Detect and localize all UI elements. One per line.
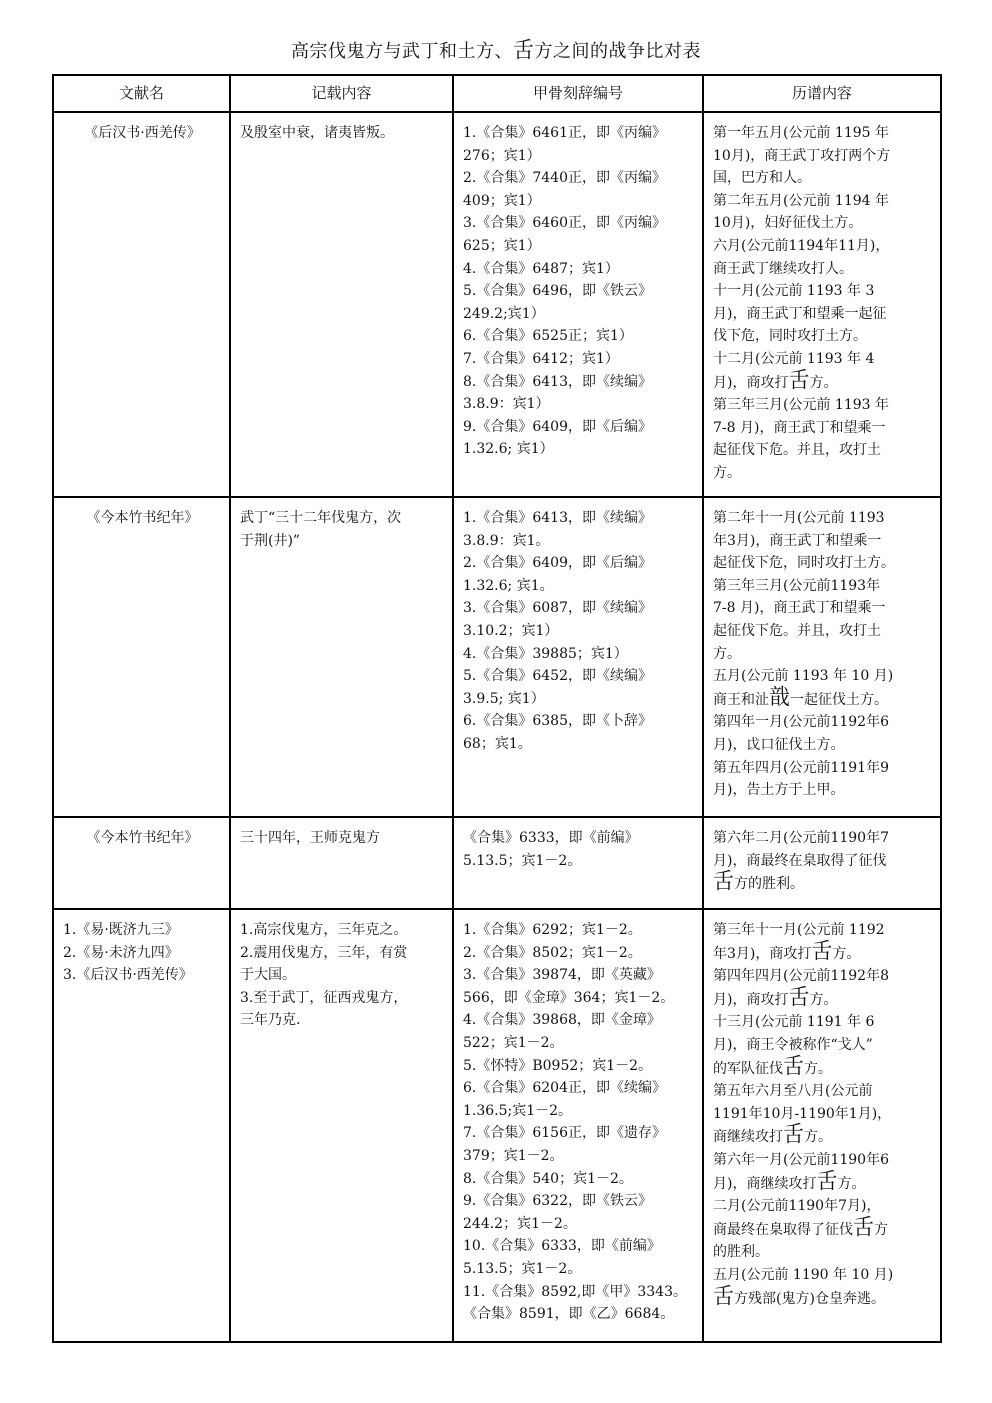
text-line: 2.震用伐鬼方，三年，有赏 bbox=[240, 942, 445, 965]
text-line: 月)，商攻打舌方。 bbox=[713, 988, 933, 1012]
table-row: 1.《易·既济九三》2.《易·未济九四》3.《后汉书·西羌传》1.高宗伐鬼方，三… bbox=[53, 909, 941, 1342]
comparison-table: 文献名 记载内容 甲骨刻辞编号 历谱内容 《后汉书·西羌传》及殷室中衰，诸夷皆叛… bbox=[52, 74, 942, 1343]
text-line: 5.13.5；宾1－2。 bbox=[463, 1258, 695, 1281]
rare-glyph-icon: 舌 bbox=[713, 872, 734, 891]
text-line: 第四年四月(公元前1192年8 bbox=[713, 965, 933, 988]
text-line: 1.高宗伐鬼方，三年克之。 bbox=[240, 919, 445, 942]
text-line: 第四年一月(公元前1192年6 bbox=[713, 711, 933, 734]
text-line: 伐下危，同时攻打土方。 bbox=[713, 325, 933, 348]
text-line: 六月(公元前1194年11月)， bbox=[713, 235, 933, 258]
text-line: 9.《合集》6322，即《铁云》 bbox=[463, 1190, 695, 1213]
text-line: 2.《合集》8502；宾1－2。 bbox=[463, 942, 695, 965]
text-line: 522；宾1－2。 bbox=[463, 1032, 695, 1055]
text-line: 2.《易·未济九四》 bbox=[63, 942, 222, 965]
text-line: 十二月(公元前 1193 年 4 bbox=[713, 348, 933, 371]
text-line: 8.《合集》6413，即《续编》 bbox=[463, 371, 695, 394]
page-title: 高宗伐鬼方与武丁和土方、舌方之间的战争比对表 bbox=[0, 37, 992, 63]
text-line: 及殷室中衰，诸夷皆叛。 bbox=[240, 122, 445, 145]
cell-record: 1.高宗伐鬼方，三年克之。2.震用伐鬼方，三年，有赏于大国。3.至于武丁，征西戎… bbox=[230, 909, 453, 1342]
text-line: 1.32.6; 宾1） bbox=[463, 438, 695, 461]
cell-record: 及殷室中衰，诸夷皆叛。 bbox=[230, 112, 453, 497]
text-line: 1.《易·既济九三》 bbox=[63, 919, 222, 942]
header-source: 文献名 bbox=[53, 75, 230, 112]
text-line: 商王和沚戠一起征伐土方。 bbox=[713, 688, 933, 712]
text-line: 4.《合集》39885；宾1） bbox=[463, 643, 695, 666]
text-line: 《今本竹书纪年》 bbox=[63, 827, 222, 850]
header-record: 记载内容 bbox=[230, 75, 453, 112]
table-row: 《今本竹书纪年》武丁“三十二年伐鬼方，次于荆(井)”1.《合集》6413，即《续… bbox=[53, 497, 941, 817]
text-line: 5.《合集》6452，即《续编》 bbox=[463, 665, 695, 688]
text-line: 276；宾1） bbox=[463, 145, 695, 168]
text-line: 于荆(井)” bbox=[240, 530, 445, 553]
text-line: 月)，商最终在臬取得了征伐 bbox=[713, 850, 933, 873]
text-line: 五月(公元前 1190 年 10 月) bbox=[713, 1264, 933, 1287]
text-line: 5.《合集》6496，即《铁云》 bbox=[463, 280, 695, 303]
text-line: 2.《合集》6409，即《后编》 bbox=[463, 552, 695, 575]
text-line: 月)，商攻打舌方。 bbox=[713, 371, 933, 395]
text-line: 第二年十一月(公元前 1193 bbox=[713, 507, 933, 530]
cell-calendar: 第一年五月(公元前 1195 年10月)，商王武丁攻打两个方国，巴方和人。第二年… bbox=[703, 112, 941, 497]
text-line: 4.《合集》39868，即《金璋》 bbox=[463, 1009, 695, 1032]
text-line: 5.13.5；宾1－2。 bbox=[463, 850, 695, 873]
text-line: 409；宾1） bbox=[463, 190, 695, 213]
text-line: 年3月)，商攻打舌方。 bbox=[713, 942, 933, 966]
table-row: 《今本竹书纪年》三十四年，王师克鬼方《合集》6333，即《前编》5.13.5；宾… bbox=[53, 817, 941, 909]
text-line: 月)，商王令被称作“戈人” bbox=[713, 1034, 933, 1057]
text-line: 3.《合集》6087，即《续编》 bbox=[463, 597, 695, 620]
text-line: 244.2；宾1－2。 bbox=[463, 1213, 695, 1236]
cell-oracle-numbers: 1.《合集》6292；宾1－2。2.《合集》8502；宾1－2。3.《合集》39… bbox=[453, 909, 703, 1342]
text-line: 第五年六月至八月(公元前 bbox=[713, 1080, 933, 1103]
text-line: 第三年三月(公元前 1193 年 bbox=[713, 394, 933, 417]
text-line: 月)，戉口征伐土方。 bbox=[713, 734, 933, 757]
text-line: 国，巴方和人。 bbox=[713, 167, 933, 190]
rare-glyph-icon: 舌 bbox=[713, 1286, 734, 1305]
rare-glyph-icon: 舌 bbox=[513, 41, 535, 60]
text-line: 3.《合集》39874，即《英藏》 bbox=[463, 964, 695, 987]
cell-oracle-numbers: 1.《合集》6413，即《续编》3.8.9：宾1。2.《合集》6409，即《后编… bbox=[453, 497, 703, 817]
text-line: 起征伐下危。并且，攻打土 bbox=[713, 439, 933, 462]
text-line: 566，即《金璋》364；宾1－2。 bbox=[463, 987, 695, 1010]
text-line: 《合集》6333，即《前编》 bbox=[463, 827, 695, 850]
text-line: 6.《合集》6525正；宾1） bbox=[463, 325, 695, 348]
text-line: 的军队征伐舌方。 bbox=[713, 1057, 933, 1081]
text-line: 起征伐下危。并且，攻打土 bbox=[713, 620, 933, 643]
text-line: 3.至于武丁，征西戎鬼方， bbox=[240, 987, 445, 1010]
text-line: 第五年四月(公元前1191年9 bbox=[713, 757, 933, 780]
text-line: 3.10.2；宾1） bbox=[463, 620, 695, 643]
text-line: 月)，商王武丁和望乘一起征 bbox=[713, 303, 933, 326]
rare-glyph-icon: 舌 bbox=[783, 1056, 804, 1075]
cell-source: 1.《易·既济九三》2.《易·未济九四》3.《后汉书·西羌传》 bbox=[53, 909, 230, 1342]
text-line: 1.32.6; 宾1。 bbox=[463, 575, 695, 598]
text-line: 五月(公元前 1193 年 10 月) bbox=[713, 665, 933, 688]
text-line: 625；宾1） bbox=[463, 235, 695, 258]
text-line: 商王武丁继续攻打人。 bbox=[713, 258, 933, 281]
text-line: 7-8 月)，商王武丁和望乘一 bbox=[713, 597, 933, 620]
rare-glyph-icon: 舌 bbox=[788, 370, 809, 389]
text-line: 7.《合集》6156正，即《遗存》 bbox=[463, 1122, 695, 1145]
text-line: 5.《怀特》B0952；宾1－2。 bbox=[463, 1055, 695, 1078]
text-line: 方。 bbox=[713, 643, 933, 666]
cell-source: 《今本竹书纪年》 bbox=[53, 817, 230, 909]
text-line: 三年乃克. bbox=[240, 1009, 445, 1032]
text-line: 舌方残部(鬼方)仓皇奔逃。 bbox=[713, 1287, 933, 1311]
header-oracle-numbers: 甲骨刻辞编号 bbox=[453, 75, 703, 112]
text-line: 7-8 月)，商王武丁和望乘一 bbox=[713, 417, 933, 440]
text-line: 第一年五月(公元前 1195 年 bbox=[713, 122, 933, 145]
text-line: 商继续攻打舌方。 bbox=[713, 1125, 933, 1149]
text-line: 4.《合集》6487；宾1） bbox=[463, 258, 695, 281]
text-line: 十一月(公元前 1193 年 3 bbox=[713, 280, 933, 303]
cell-oracle-numbers: 《合集》6333，即《前编》5.13.5；宾1－2。 bbox=[453, 817, 703, 909]
rare-glyph-icon: 舌 bbox=[811, 941, 832, 960]
text-line: 《合集》8591，即《乙》6684。 bbox=[463, 1303, 695, 1326]
text-line: 249.2;宾1） bbox=[463, 303, 695, 326]
text-line: 68；宾1。 bbox=[463, 733, 695, 756]
text-line: 11.《合集》8592,即《甲》3343。 bbox=[463, 1281, 695, 1304]
text-line: 第三年三月(公元前1193年 bbox=[713, 575, 933, 598]
rare-glyph-icon: 戠 bbox=[769, 687, 790, 706]
text-line: 年3月)，商王武丁和望乘一 bbox=[713, 530, 933, 553]
text-line: 10月)，妇好征伐土方。 bbox=[713, 212, 933, 235]
text-line: 于大国。 bbox=[240, 964, 445, 987]
text-line: 商最终在臬取得了征伐舌方 bbox=[713, 1218, 933, 1242]
text-line: 3.《后汉书·西羌传》 bbox=[63, 964, 222, 987]
text-line: 月)，告土方于上甲。 bbox=[713, 779, 933, 802]
text-line: 10.《合集》6333，即《前编》 bbox=[463, 1235, 695, 1258]
text-line: 《后汉书·西羌传》 bbox=[63, 122, 222, 145]
table-header-row: 文献名 记载内容 甲骨刻辞编号 历谱内容 bbox=[53, 75, 941, 112]
text-line: 7.《合集》6412；宾1） bbox=[463, 348, 695, 371]
text-line: 3.8.9：宾1。 bbox=[463, 530, 695, 553]
rare-glyph-icon: 舌 bbox=[816, 1171, 837, 1190]
text-line: 1.《合集》6461正，即《丙编》 bbox=[463, 122, 695, 145]
text-line: 6.《合集》6204正，即《续编》 bbox=[463, 1077, 695, 1100]
rare-glyph-icon: 舌 bbox=[783, 1125, 804, 1144]
text-line: 起征伐下危，同时攻打土方。 bbox=[713, 552, 933, 575]
cell-oracle-numbers: 1.《合集》6461正，即《丙编》276；宾1）2.《合集》7440正，即《丙编… bbox=[453, 112, 703, 497]
cell-source: 《后汉书·西羌传》 bbox=[53, 112, 230, 497]
cell-calendar: 第三年十一月(公元前 1192年3月)，商攻打舌方。第四年四月(公元前1192年… bbox=[703, 909, 941, 1342]
text-line: 方。 bbox=[713, 462, 933, 485]
text-line: 6.《合集》6385，即《卜辞》 bbox=[463, 710, 695, 733]
table-row: 《后汉书·西羌传》及殷室中衰，诸夷皆叛。1.《合集》6461正，即《丙编》276… bbox=[53, 112, 941, 497]
text-line: 武丁“三十二年伐鬼方，次 bbox=[240, 507, 445, 530]
text-line: 3.《合集》6460正，即《丙编》 bbox=[463, 212, 695, 235]
text-line: 舌方的胜利。 bbox=[713, 872, 933, 896]
text-line: 2.《合集》7440正，即《丙编》 bbox=[463, 167, 695, 190]
text-line: 379；宾1－2。 bbox=[463, 1145, 695, 1168]
rare-glyph-icon: 舌 bbox=[853, 1217, 874, 1236]
text-line: 十三月(公元前 1191 年 6 bbox=[713, 1011, 933, 1034]
text-line: 9.《合集》6409，即《后编》 bbox=[463, 416, 695, 439]
text-line: 第六年二月(公元前1190年7 bbox=[713, 827, 933, 850]
text-line: 3.9.5; 宾1） bbox=[463, 688, 695, 711]
text-line: 1191年10月-1190年1月)， bbox=[713, 1103, 933, 1126]
text-line: 二月(公元前1190年7月)， bbox=[713, 1195, 933, 1218]
header-calendar: 历谱内容 bbox=[703, 75, 941, 112]
text-line: 8.《合集》540；宾1－2。 bbox=[463, 1168, 695, 1191]
text-line: 月)，商继续攻打舌方。 bbox=[713, 1172, 933, 1196]
text-line: 的胜利。 bbox=[713, 1241, 933, 1264]
rare-glyph-icon: 舌 bbox=[788, 987, 809, 1006]
text-line: 10月)，商王武丁攻打两个方 bbox=[713, 145, 933, 168]
cell-calendar: 第二年十一月(公元前 1193年3月)，商王武丁和望乘一起征伐下危，同时攻打土方… bbox=[703, 497, 941, 817]
text-line: 第二年五月(公元前 1194 年 bbox=[713, 190, 933, 213]
text-line: 1.《合集》6413，即《续编》 bbox=[463, 507, 695, 530]
text-line: 三十四年，王师克鬼方 bbox=[240, 827, 445, 850]
cell-source: 《今本竹书纪年》 bbox=[53, 497, 230, 817]
text-line: 《今本竹书纪年》 bbox=[63, 507, 222, 530]
text-line: 3.8.9：宾1） bbox=[463, 393, 695, 416]
cell-record: 武丁“三十二年伐鬼方，次于荆(井)” bbox=[230, 497, 453, 817]
cell-calendar: 第六年二月(公元前1190年7月)，商最终在臬取得了征伐舌方的胜利。 bbox=[703, 817, 941, 909]
text-line: 1.《合集》6292；宾1－2。 bbox=[463, 919, 695, 942]
cell-record: 三十四年，王师克鬼方 bbox=[230, 817, 453, 909]
text-line: 1.36.5;宾1－2。 bbox=[463, 1100, 695, 1123]
